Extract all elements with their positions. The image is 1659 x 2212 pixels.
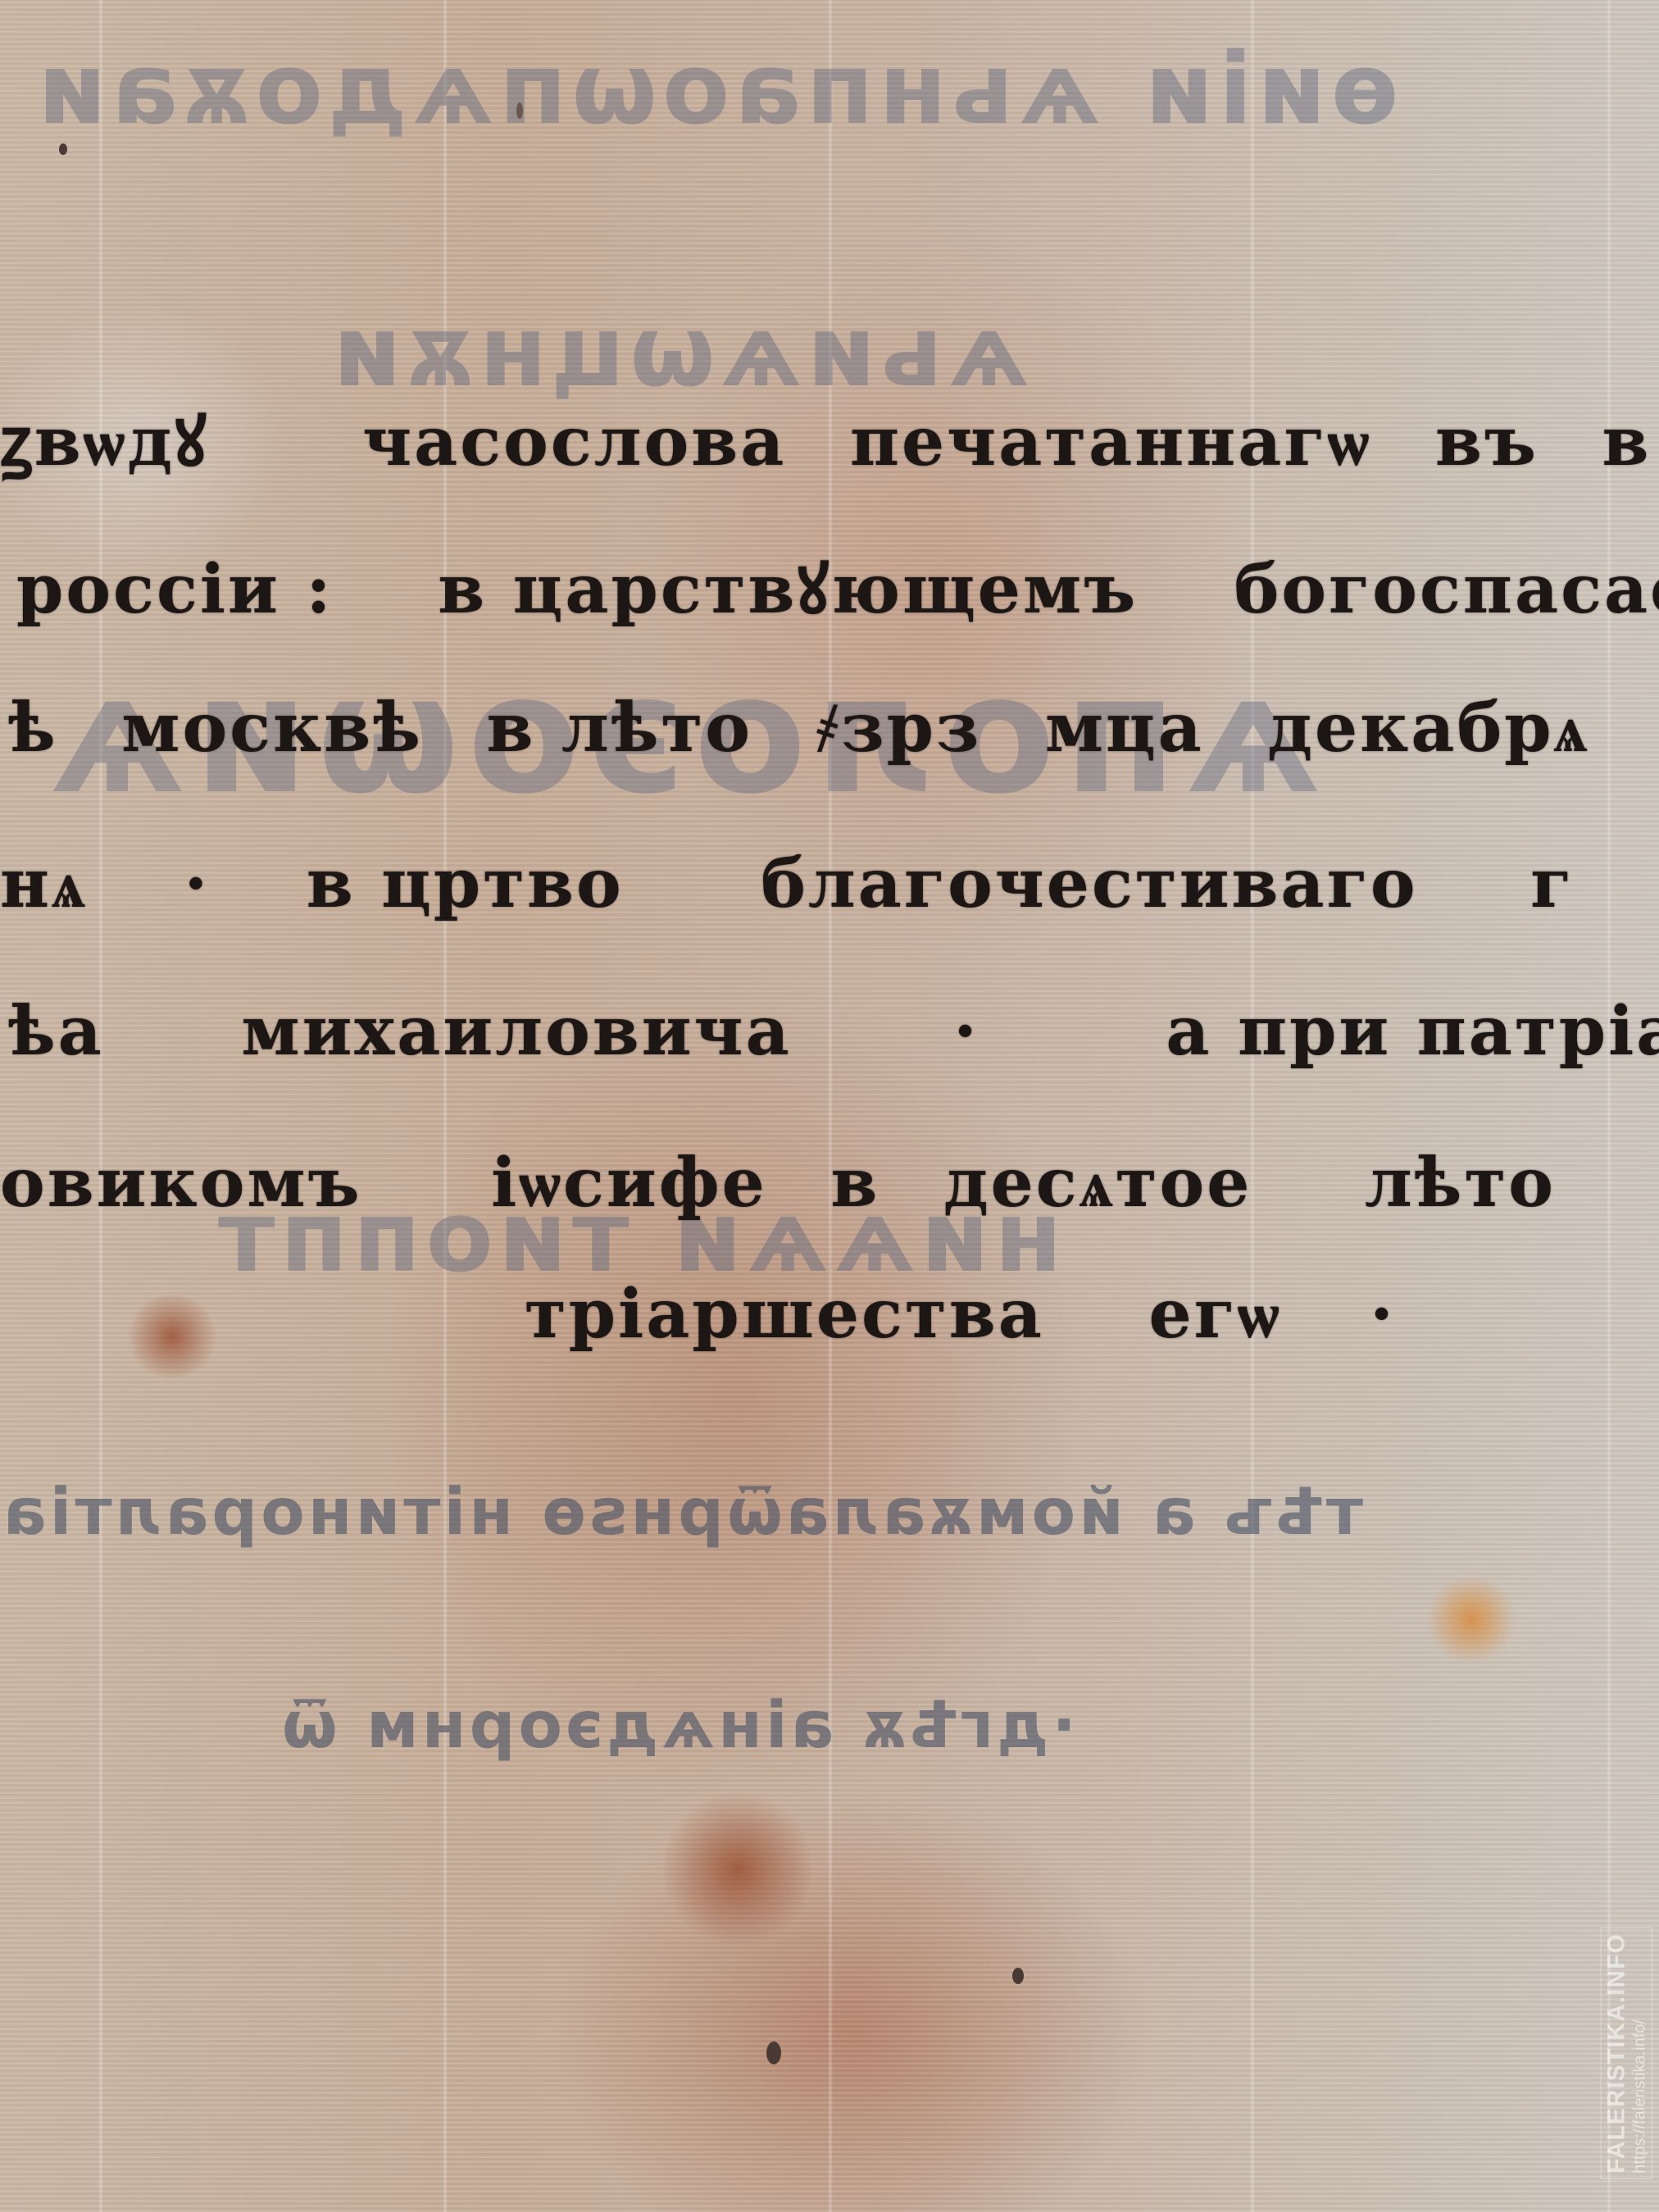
word: ѣа: [8, 992, 104, 1071]
text-line-6: овикомъ іѡсифе в десѧтое лѣто: [0, 1144, 1593, 1222]
ink-speck: [1012, 1968, 1024, 1984]
word: богоспасаемо: [1234, 550, 1659, 629]
text-line-2: россіи : в царствꙋющемъ богоспасаемо: [16, 541, 1659, 633]
year: ҂зрз: [816, 689, 982, 767]
bleed-through-line: тѣъ а йомѫалаѿрнѕѳ нітиноралтіа: [0, 1476, 1363, 1550]
word: в царствꙋющемъ: [438, 541, 1138, 633]
word: печатаннагѡ: [850, 403, 1371, 481]
orange-stain: [1426, 1574, 1516, 1664]
word: благочестиваго: [761, 844, 1417, 923]
word: ꙁвѡдꙋ: [0, 394, 209, 485]
rust-stain: [664, 1787, 811, 1951]
word: в: [830, 1144, 879, 1222]
word: егѡ: [1148, 1275, 1281, 1354]
bleed-through-line: ·дгѣѫ аінѧдэорнм ѿ: [279, 1689, 1076, 1763]
bleed-through-line: ѳиіи ѧьнпаоѡпѧдоѫаи: [33, 33, 1398, 147]
word: в: [1602, 403, 1651, 481]
word: россіи :: [16, 550, 334, 629]
word: въ: [1435, 403, 1539, 481]
watermark-url: https://faleristika.info/: [1631, 1933, 1650, 2173]
word: часослова: [362, 403, 786, 481]
watermark: FALERISTIKA.INFO https://faleristika.inf…: [1601, 1928, 1652, 2179]
text-line-7: тріаршества егѡ ·: [525, 1275, 1434, 1354]
word: овикомъ: [0, 1144, 362, 1222]
word: іѡсифе: [491, 1144, 767, 1222]
text-line-1: ꙁвѡдꙋ часослова печатаннагѡ въ в: [0, 394, 1659, 485]
word: мца: [1045, 689, 1204, 767]
chain-line: [98, 0, 103, 2212]
separator-dot: ·: [184, 844, 211, 923]
separator-dot: ·: [1370, 1275, 1396, 1354]
text-line-5: ѣа михаиловича · а при патріа: [8, 992, 1659, 1071]
word: лѣто: [1365, 1144, 1556, 1222]
separator-dot: ·: [953, 992, 979, 1071]
word: а при патріа: [1166, 992, 1659, 1071]
word: десѧтое: [943, 1144, 1252, 1222]
word: нѧ: [0, 844, 88, 923]
word: г: [1530, 844, 1574, 923]
word: тріаршества: [525, 1275, 1044, 1354]
rust-stain: [123, 1295, 221, 1377]
word: в цртво: [307, 844, 624, 923]
text-line-3: ѣ москвѣ в лѣто ҂зрз мца декабрѧ: [8, 689, 1628, 767]
chain-line: [1607, 0, 1611, 2212]
word: михаиловича: [241, 992, 791, 1071]
word: декабрѧ: [1267, 689, 1589, 767]
chain-line: [1250, 0, 1255, 2212]
bleed-through-line: ѧьиѧѡцнѫи: [328, 295, 1029, 409]
word: в лѣто: [486, 689, 752, 767]
word: ѣ: [8, 689, 58, 767]
text-line-4: нѧ · в цртво благочестиваго г: [0, 844, 1611, 923]
ink-speck: [766, 2041, 781, 2064]
word: москвѣ: [121, 689, 423, 767]
watermark-brand: FALERISTIKA.INFO: [1603, 1933, 1631, 2173]
